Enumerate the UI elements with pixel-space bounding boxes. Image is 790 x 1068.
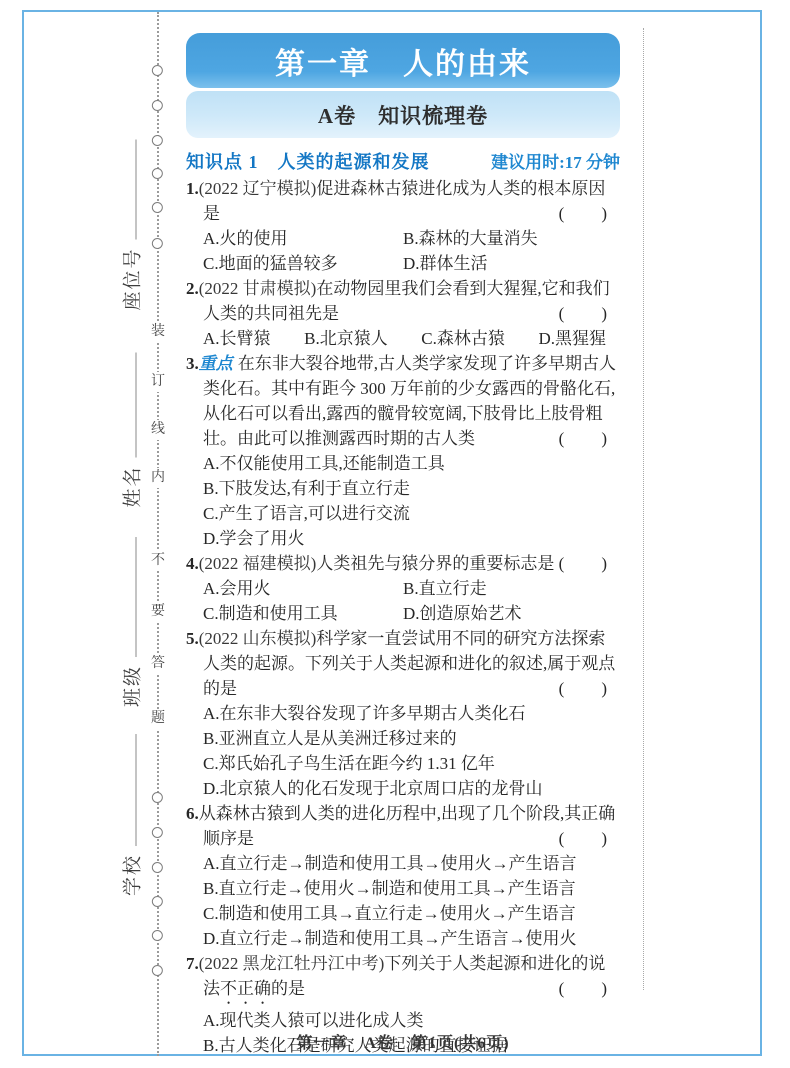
answer-bracket: ( ) bbox=[576, 426, 608, 451]
question-stem: 3.重点在东非大裂谷地带,古人类学家发现了许多早期古人类化石。其中有距今 300… bbox=[186, 351, 620, 451]
binding-hole-circle bbox=[152, 792, 163, 803]
question-stem: 1.(2022 辽宁模拟)促进森林古猿进化成为人类的根本原因是( ) bbox=[186, 176, 620, 226]
right-dotted-rule bbox=[643, 28, 644, 990]
binding-hole-circle bbox=[152, 827, 163, 838]
binding-hole-circle bbox=[152, 168, 163, 179]
question-5: 5.(2022 山东模拟)科学家一直尝试用不同的研究方法探索人类的起源。下列关于… bbox=[186, 626, 620, 801]
option-c: C.制造和使用工具 bbox=[203, 601, 403, 626]
paper-title-banner: A卷 知识梳理卷 bbox=[186, 91, 620, 138]
option-a: A.在东非大裂谷发现了许多早期古人类化石 bbox=[203, 701, 620, 726]
chapter-title: 第一章 人的由来 bbox=[275, 39, 531, 83]
option-a: A.会用火 bbox=[203, 576, 403, 601]
binding-text-char: 线 bbox=[150, 420, 166, 440]
option-d: D.北京猿人的化石发现于北京周口店的龙骨山 bbox=[203, 776, 620, 801]
answer-bracket: ( ) bbox=[576, 826, 608, 851]
question-number: 1. bbox=[186, 179, 199, 198]
option-d: D.直立行走→制造和使用工具→产生语言→使用火 bbox=[203, 926, 620, 951]
footer-text: 第一章 A卷 第1页(共6页) bbox=[296, 1035, 509, 1052]
option-d: D.学会了用火 bbox=[203, 526, 620, 551]
name-label: 姓名 bbox=[118, 352, 145, 507]
option-b: B.森林的大量消失 bbox=[403, 226, 620, 251]
option-a: A.火的使用 bbox=[203, 226, 403, 251]
answer-bracket: ( ) bbox=[576, 676, 608, 701]
name-text: 姓名 bbox=[123, 465, 144, 507]
binding-hole-circle bbox=[152, 238, 163, 249]
binding-hole-circle bbox=[152, 135, 163, 146]
option-c: C.森林古猿 bbox=[421, 326, 505, 351]
question-source: (2022 甘肃模拟) bbox=[199, 279, 317, 298]
option-c: C.地面的猛兽较多 bbox=[203, 251, 403, 276]
school-text: 学校 bbox=[123, 854, 144, 896]
question-text: 的是 bbox=[271, 979, 305, 998]
option-b: B.北京猿人 bbox=[304, 326, 388, 351]
binding-text-char: 要 bbox=[150, 602, 166, 622]
option-b: B.直立行走 bbox=[403, 576, 620, 601]
option-c: C.郑氏始孔子鸟生活在距今约 1.31 亿年 bbox=[203, 751, 620, 776]
options: A.直立行走→制造和使用工具→使用火→产生语言 B.直立行走→使用火→制造和使用… bbox=[186, 851, 620, 951]
option-d: D.黑猩猩 bbox=[538, 326, 606, 351]
exam-page-content: 第一章 人的由来 A卷 知识梳理卷 知识点 1 人类的起源和发展 建议用时:17… bbox=[186, 33, 620, 1058]
binding-hole-circle bbox=[152, 965, 163, 976]
question-text: 从森林古猿到人类的进化历程中,出现了几个阶段,其正确顺序是 bbox=[199, 804, 616, 848]
page-footer: 第一章 A卷 第1页(共6页) bbox=[186, 1030, 620, 1053]
paper-title: A卷 知识梳理卷 bbox=[318, 100, 488, 130]
binding-text-char: 订 bbox=[150, 372, 166, 392]
options: A.火的使用 B.森林的大量消失 C.地面的猛兽较多 D.群体生活 bbox=[186, 226, 620, 276]
question-list: 1.(2022 辽宁模拟)促进森林古猿进化成为人类的根本原因是( ) A.火的使… bbox=[186, 176, 620, 1058]
question-number: 3. bbox=[186, 354, 199, 373]
answer-bracket: ( ) bbox=[576, 976, 608, 1001]
suggested-time: 建议用时:17 分钟 bbox=[491, 150, 620, 175]
options: A.会用火 B.直立行走 C.制造和使用工具 D.创造原始艺术 bbox=[186, 576, 620, 626]
question-stem: 4.(2022 福建模拟)人类祖先与猿分界的重要标志是( ) bbox=[186, 551, 620, 576]
answer-bracket: ( ) bbox=[576, 551, 608, 576]
answer-bracket: ( ) bbox=[576, 301, 608, 326]
option-b: B.亚洲直立人是从美洲迁移过来的 bbox=[203, 726, 620, 751]
question-stem: 5.(2022 山东模拟)科学家一直尝试用不同的研究方法探索人类的起源。下列关于… bbox=[186, 626, 620, 701]
seat-number-blank-line bbox=[133, 139, 137, 239]
question-stem: 7.(2022 黑龙江牡丹江中考)下列关于人类起源和进化的说法不正确的是( ) bbox=[186, 951, 620, 1008]
option-c: C.制造和使用工具→直立行走→使用火→产生语言 bbox=[203, 901, 620, 926]
binding-text-char: 题 bbox=[150, 709, 166, 729]
binding-hole-circle bbox=[152, 100, 163, 111]
class-blank-line bbox=[133, 537, 137, 657]
binding-hole-circle bbox=[152, 930, 163, 941]
school-blank-line bbox=[133, 734, 137, 846]
binding-text-char: 装 bbox=[150, 322, 166, 342]
class-label: 班级 bbox=[118, 537, 145, 707]
question-number: 7. bbox=[186, 954, 199, 973]
options: A.不仅能使用工具,还能制造工具 B.下肢发达,有利于直立行走 C.产生了语言,… bbox=[186, 451, 620, 551]
class-text: 班级 bbox=[123, 665, 144, 707]
question-text: 人类祖先与猿分界的重要标志是 bbox=[316, 554, 554, 573]
option-b: B.下肢发达,有利于直立行走 bbox=[203, 476, 620, 501]
binding-hole-circle bbox=[152, 202, 163, 213]
option-a: A.长臂猿 bbox=[203, 326, 271, 351]
emphasized-text: 不正确 bbox=[220, 979, 271, 998]
question-source: (2022 黑龙江牡丹江中考) bbox=[199, 954, 385, 973]
seat-number-label: 座位号 bbox=[118, 139, 145, 310]
question-number: 5. bbox=[186, 629, 199, 648]
question-stem: 2.(2022 甘肃模拟)在动物园里我们会看到大猩猩,它和我们人类的共同祖先是(… bbox=[186, 276, 620, 326]
option-b: B.直立行走→使用火→制造和使用工具→产生语言 bbox=[203, 876, 620, 901]
option-d: D.创造原始艺术 bbox=[403, 601, 620, 626]
option-a: A.直立行走→制造和使用工具→使用火→产生语言 bbox=[203, 851, 620, 876]
option-a: A.不仅能使用工具,还能制造工具 bbox=[203, 451, 620, 476]
options: A.在东非大裂谷发现了许多早期古人类化石 B.亚洲直立人是从美洲迁移过来的 C.… bbox=[186, 701, 620, 801]
key-point-tag: 重点 bbox=[199, 354, 233, 373]
question-source: (2022 山东模拟) bbox=[199, 629, 317, 648]
binding-hole-circle bbox=[152, 862, 163, 873]
binding-hole-circle bbox=[152, 896, 163, 907]
chapter-title-banner: 第一章 人的由来 bbox=[186, 33, 620, 88]
question-text: 在东非大裂谷地带,古人类学家发现了许多早期古人类化石。其中有距今 300 万年前… bbox=[203, 354, 616, 448]
question-4: 4.(2022 福建模拟)人类祖先与猿分界的重要标志是( ) A.会用火 B.直… bbox=[186, 551, 620, 626]
binding-text-char: 内 bbox=[150, 468, 166, 488]
question-number: 6. bbox=[186, 804, 199, 823]
knowledge-point-heading: 知识点 1 人类的起源和发展 bbox=[186, 150, 430, 175]
binding-text-char: 答 bbox=[150, 654, 166, 674]
binding-text-char: 不 bbox=[150, 551, 166, 571]
section-header-row: 知识点 1 人类的起源和发展 建议用时:17 分钟 bbox=[186, 150, 620, 175]
question-source: (2022 福建模拟) bbox=[199, 554, 317, 573]
question-2: 2.(2022 甘肃模拟)在动物园里我们会看到大猩猩,它和我们人类的共同祖先是(… bbox=[186, 276, 620, 351]
answer-bracket: ( ) bbox=[576, 201, 608, 226]
question-number: 4. bbox=[186, 554, 199, 573]
question-source: (2022 辽宁模拟) bbox=[199, 179, 317, 198]
option-c: C.产生了语言,可以进行交流 bbox=[203, 501, 620, 526]
question-6: 6.从森林古猿到人类的进化历程中,出现了几个阶段,其正确顺序是( ) A.直立行… bbox=[186, 801, 620, 951]
option-d: D.群体生活 bbox=[403, 251, 620, 276]
seat-number-text: 座位号 bbox=[123, 247, 144, 310]
question-number: 2. bbox=[186, 279, 199, 298]
name-blank-line bbox=[133, 352, 137, 457]
options: A.长臂猿 B.北京猿人 C.森林古猿 D.黑猩猩 bbox=[186, 326, 620, 351]
question-1: 1.(2022 辽宁模拟)促进森林古猿进化成为人类的根本原因是( ) A.火的使… bbox=[186, 176, 620, 276]
question-stem: 6.从森林古猿到人类的进化历程中,出现了几个阶段,其正确顺序是( ) bbox=[186, 801, 620, 851]
question-3: 3.重点在东非大裂谷地带,古人类学家发现了许多早期古人类化石。其中有距今 300… bbox=[186, 351, 620, 551]
school-label: 学校 bbox=[118, 734, 145, 896]
binding-hole-circle bbox=[152, 65, 163, 76]
